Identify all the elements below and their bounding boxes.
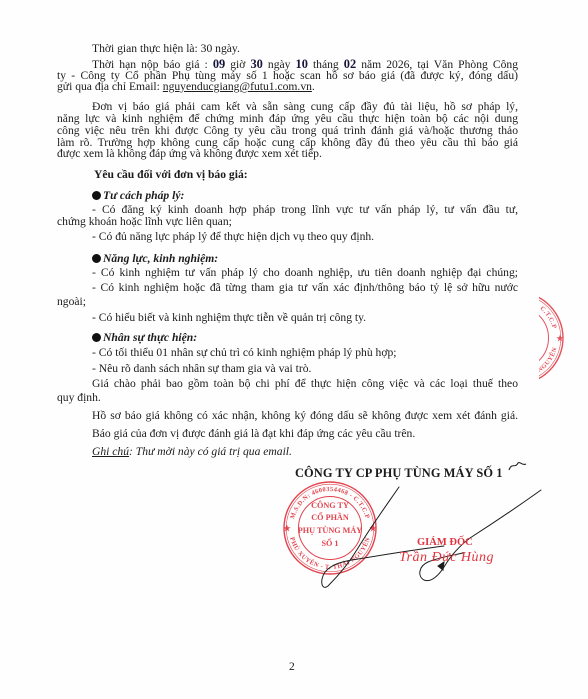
section-capacity-experience: Năng lực, kinh nghiệm: (92, 252, 518, 266)
price-line: Giá chào phải bao gồm toàn bộ chi phí để… (92, 377, 518, 391)
unsigned-note: Hồ sơ báo giá không có xác nhận, không k… (92, 409, 518, 423)
bullet-icon (92, 333, 101, 342)
bullet-icon (92, 191, 101, 200)
page-number: 2 (289, 660, 295, 674)
document-page: Thời gian thực hiện là: 30 ngày. Thời hạ… (0, 0, 588, 699)
requirement-item: - Có kinh nghiệm hoặc đã từng tham gia t… (92, 281, 518, 295)
requirement-item: - Có tối thiểu 01 nhân sự chủ trì có kin… (92, 346, 518, 360)
note-text: : Thư mời này có giá trị qua email. (129, 445, 292, 458)
stamp-center-line: CỔ PHẦN (311, 512, 349, 522)
deadline-line-3: gửi qua địa chỉ Email: nguyenducgiang@fu… (57, 80, 518, 94)
note-label: Ghi chú (92, 445, 129, 458)
execution-time-line: Thời gian thực hiện là: 30 ngày. (92, 42, 518, 56)
email-link[interactable]: nguyenducgiang@futu1.com.vn (163, 80, 312, 93)
initial-mark-icon (509, 463, 526, 470)
requirement-item: - Có kinh nghiệm tư vấn pháp lý cho doan… (92, 266, 518, 280)
section-title: Năng lực, kinh nghiệm: (103, 252, 218, 265)
requirement-item-continuation: ngoài; (57, 295, 518, 309)
company-stamp: CÔNG TY CỔ PHẦN PHỤ TÙNG MÁY SỐ 1 (283, 482, 377, 574)
requirements-heading: Yêu cầu đối với đơn vị báo giá: (94, 168, 520, 182)
signatory-title: GIÁM ĐỐC (417, 536, 473, 549)
signatory-name: Trần Đức Hùng (399, 549, 494, 566)
price-line: quy định. (57, 391, 518, 405)
section-legal-status: Tư cách pháp lý: (92, 189, 518, 203)
commitment-line: được xem là không đáp ứng và không được … (57, 147, 518, 161)
section-title: Nhân sự thực hiện: (103, 331, 197, 344)
stamp-center-line: CÔNG TY (311, 500, 349, 510)
bullet-icon (92, 254, 101, 263)
email-suffix: . (312, 80, 315, 93)
requirement-item: - Có đủ năng lực pháp lý để thực hiện dị… (92, 230, 518, 244)
note-line: Ghi chú: Thư mời này có giá trị qua emai… (92, 445, 518, 459)
stamp-center-line: SỐ 1 (321, 538, 338, 548)
requirement-item: - Có hiểu biết và kinh nghiệm thực tiễn … (92, 311, 518, 325)
company-name: CÔNG TY CP PHỤ TÙNG MÁY SỐ 1 (295, 466, 503, 480)
stamp-center-line: PHỤ TÙNG MÁY (298, 525, 363, 535)
section-title: Tư cách pháp lý: (103, 189, 184, 202)
pass-criteria: Báo giá của đơn vị được đánh giá là đạt … (92, 427, 518, 441)
email-prefix: gửi qua địa chỉ Email: (57, 80, 163, 93)
requirement-item: - Nêu rõ danh sách nhân sự tham gia và v… (92, 362, 518, 376)
requirement-item-continuation: chứng khoán hoặc lĩnh vực liên quan; (57, 215, 518, 229)
section-personnel: Nhân sự thực hiện: (92, 331, 518, 345)
